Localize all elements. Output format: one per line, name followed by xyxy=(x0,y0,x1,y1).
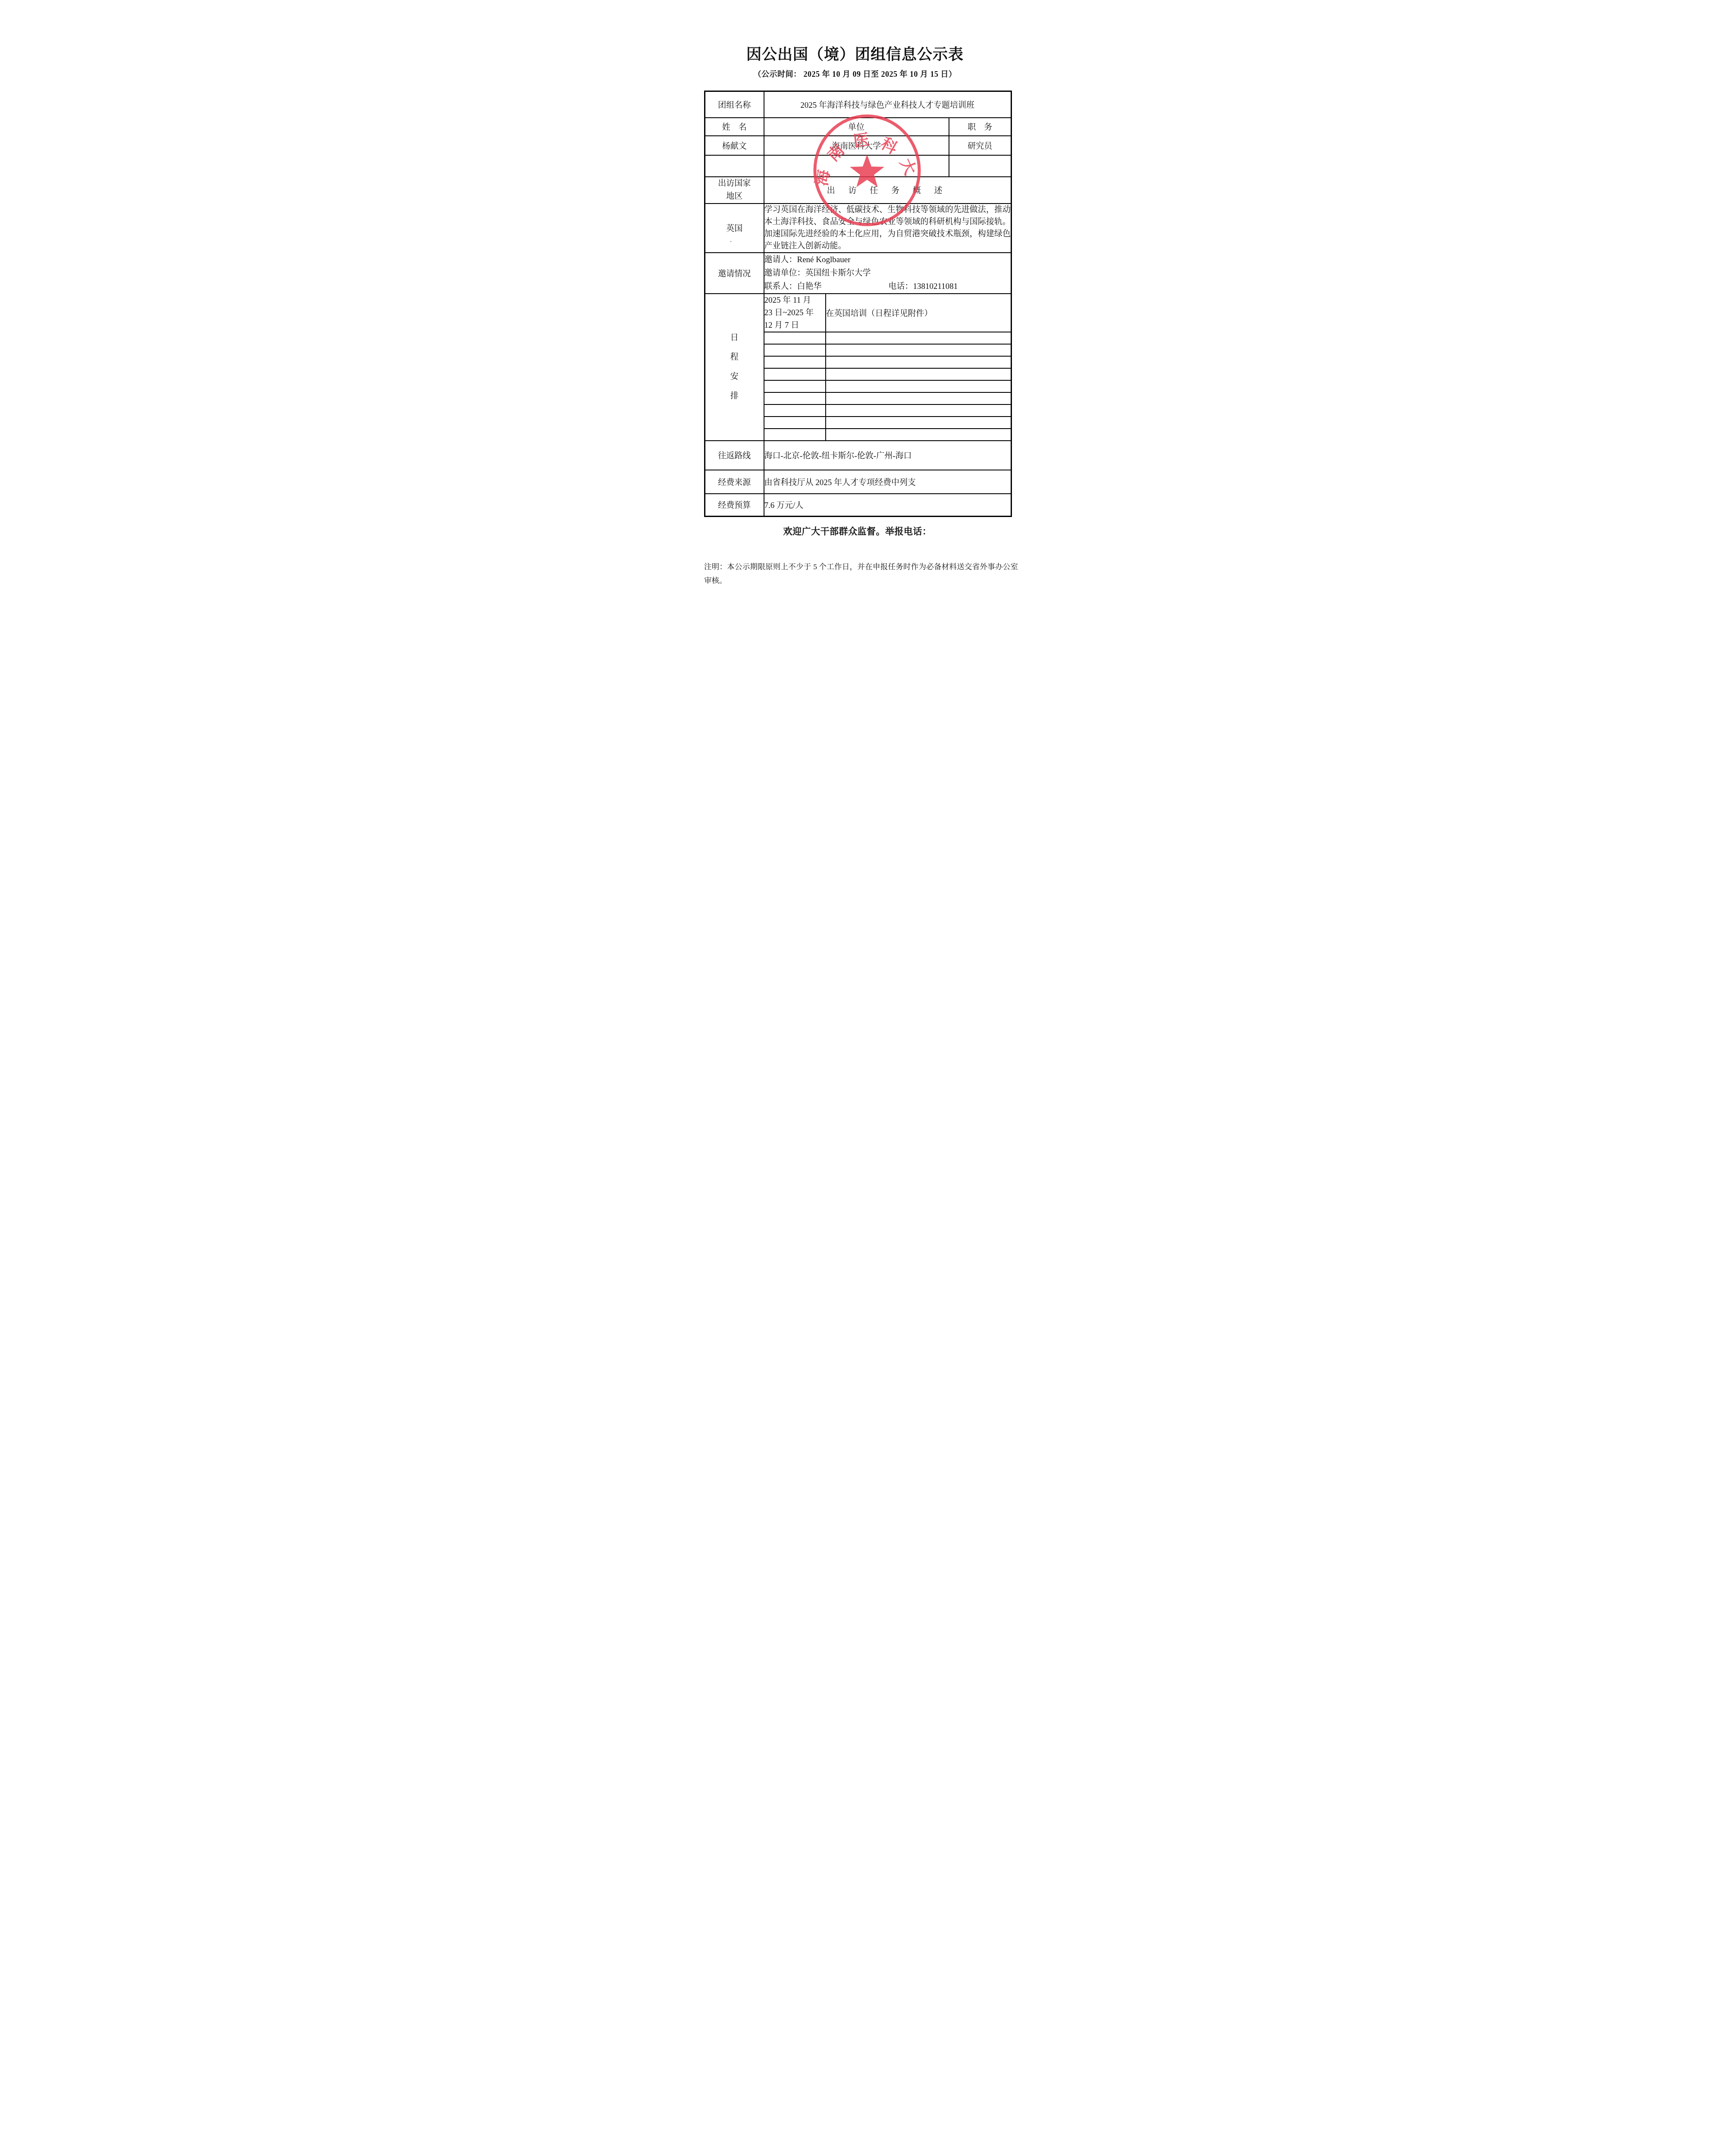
publicity-period-subtitle: （公示时间： 2025 年 10 月 09 日至 2025 年 10 月 15 … xyxy=(618,68,1092,79)
schedule-activity-empty xyxy=(826,344,1012,356)
table-row: 邀请情况 邀请人：René Koglbauer 邀请单位：英国纽卡斯尔大学 联系… xyxy=(705,253,1012,294)
member-duty-empty xyxy=(949,155,1012,177)
table-row: 经费预算 7.6 万元/人 xyxy=(705,494,1012,517)
schedule-label: 日程安排 xyxy=(730,328,739,406)
schedule-activity: 在英国培训（日程详见附件） xyxy=(826,294,1012,332)
budget-label: 经费预算 xyxy=(705,494,764,517)
table-row: 经费来源 由省科技厅从 2025 年人才专项经费中列支 xyxy=(705,470,1012,494)
country-label: 出访国家 地区 xyxy=(705,177,764,204)
invitation-label: 邀请情况 xyxy=(705,253,764,294)
member-name: 杨献文 xyxy=(705,136,764,155)
schedule-date-empty xyxy=(764,356,826,368)
country-name-cell: 英国 · xyxy=(705,204,764,253)
inviter-line: 邀请人：René Koglbauer xyxy=(764,253,1011,266)
schedule-date-empty xyxy=(764,404,826,417)
schedule-date: 2025 年 11 月 23 日~2025 年 12 月 7 日 xyxy=(764,294,826,332)
member-name-empty xyxy=(705,155,764,177)
task-summary: 学习英国在海洋经济、低碳技术、生物科技等领域的先进做法，推动本土海洋科技、食品安… xyxy=(764,204,1012,253)
stray-ink-mark: · xyxy=(730,239,732,245)
table-row: 往返路线 海口-北京-伦敦-纽卡斯尔-伦敦-广州-海口 xyxy=(705,441,1012,470)
unit-header: 单位 xyxy=(764,118,949,136)
document-page: 因公出国（境）团组信息公示表 （公示时间： 2025 年 10 月 09 日至 … xyxy=(618,0,1092,671)
budget-value: 7.6 万元/人 xyxy=(764,494,1012,517)
contact-line: 联系人：白艳华电话：13810211081 xyxy=(764,280,1011,293)
table-row: 姓 名 单位 职 务 xyxy=(705,118,1012,136)
footnote: 注明：本公示期限原则上不少于 5 个工作日，并在申报任务时作为必备材料送交省外事… xyxy=(704,560,1018,587)
group-info-table: 团组名称 2025 年海洋科技与绿色产业科技人才专题培训班 姓 名 单位 职 务… xyxy=(704,91,1012,517)
schedule-activity-empty xyxy=(826,404,1012,417)
contact-phone: 电话：13810211081 xyxy=(889,282,958,291)
schedule-activity-empty xyxy=(826,332,1012,344)
funding-source-value: 由省科技厅从 2025 年人才专项经费中列支 xyxy=(764,470,1012,494)
table-row: 日程安排 2025 年 11 月 23 日~2025 年 12 月 7 日 在英… xyxy=(705,294,1012,332)
table-row: 出访国家 地区 出 访 任 务 概 述 xyxy=(705,177,1012,204)
schedule-date-empty xyxy=(764,332,826,344)
inviting-unit-line: 邀请单位：英国纽卡斯尔大学 xyxy=(764,266,1011,280)
table-row xyxy=(705,155,1012,177)
member-duty: 研究员 xyxy=(949,136,1012,155)
group-name-label: 团组名称 xyxy=(705,91,764,118)
schedule-activity-empty xyxy=(826,417,1012,429)
group-name-value: 2025 年海洋科技与绿色产业科技人才专题培训班 xyxy=(764,91,1012,118)
invitation-details: 邀请人：René Koglbauer 邀请单位：英国纽卡斯尔大学 联系人：白艳华… xyxy=(764,253,1012,294)
member-unit-empty xyxy=(764,155,949,177)
schedule-activity-empty xyxy=(826,429,1012,441)
route-value: 海口-北京-伦敦-纽卡斯尔-伦敦-广州-海口 xyxy=(764,441,1012,470)
name-header: 姓 名 xyxy=(705,118,764,136)
table-row: 团组名称 2025 年海洋科技与绿色产业科技人才专题培训班 xyxy=(705,91,1012,118)
schedule-date-empty xyxy=(764,368,826,380)
duty-header: 职 务 xyxy=(949,118,1012,136)
schedule-activity-empty xyxy=(826,380,1012,392)
member-unit: 海南医科大学 xyxy=(764,136,949,155)
schedule-date-empty xyxy=(764,344,826,356)
funding-source-label: 经费来源 xyxy=(705,470,764,494)
route-label: 往返路线 xyxy=(705,441,764,470)
task-overview-header: 出 访 任 务 概 述 xyxy=(764,177,1012,204)
table-row: 英国 · 学习英国在海洋经济、低碳技术、生物科技等领域的先进做法，推动本土海洋科… xyxy=(705,204,1012,253)
schedule-label-cell: 日程安排 xyxy=(705,294,764,441)
schedule-date-empty xyxy=(764,380,826,392)
schedule-activity-empty xyxy=(826,392,1012,404)
schedule-activity-empty xyxy=(826,356,1012,368)
supervision-line: 欢迎广大干部群众监督。举报电话： xyxy=(704,524,1011,537)
table-row: 杨献文 海南医科大学 研究员 xyxy=(705,136,1012,155)
contact-person: 联系人：白艳华 xyxy=(764,280,889,293)
country-name: 英国 xyxy=(726,224,742,233)
schedule-date-empty xyxy=(764,417,826,429)
page-title: 因公出国（境）团组信息公示表 xyxy=(618,0,1092,65)
schedule-date-empty xyxy=(764,429,826,441)
schedule-date-empty xyxy=(764,392,826,404)
schedule-activity-empty xyxy=(826,368,1012,380)
